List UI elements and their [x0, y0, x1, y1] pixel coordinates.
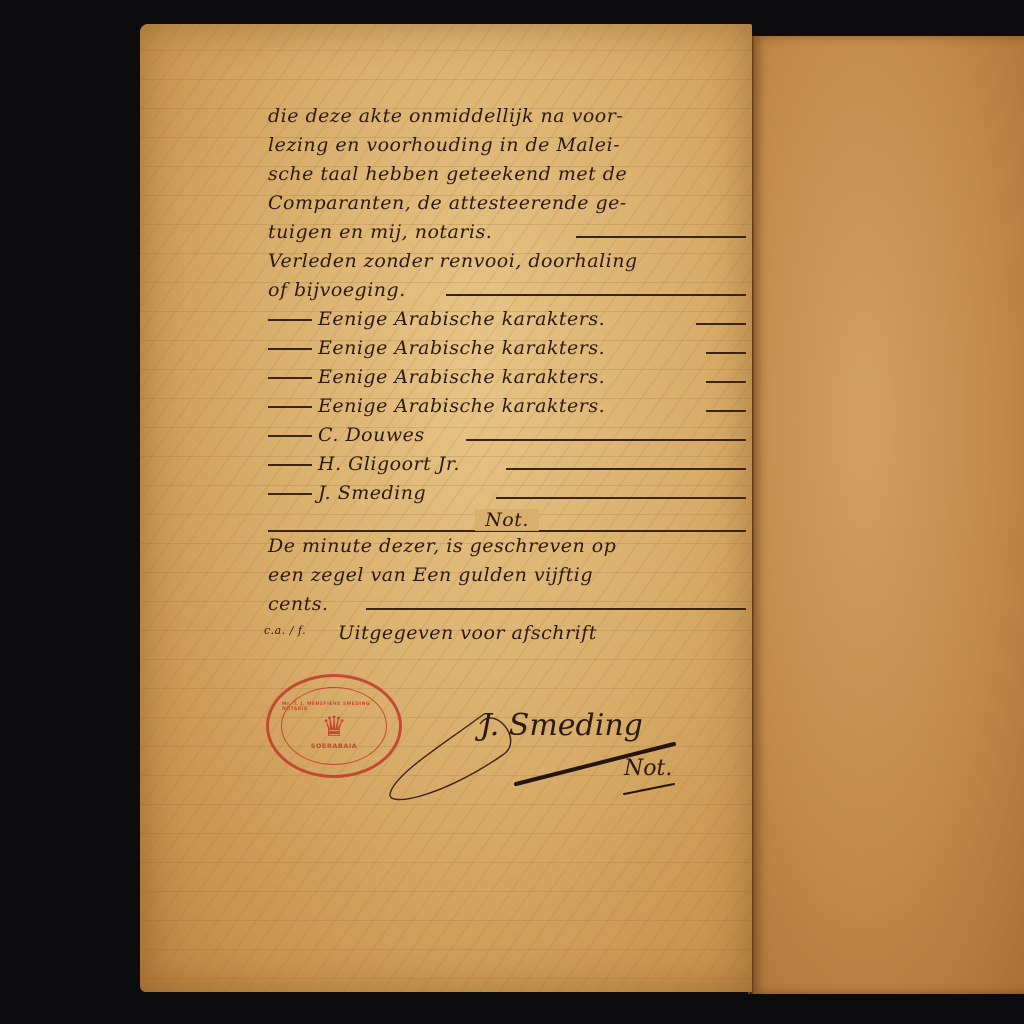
signatory-line: H. Gligoort Jr. — [268, 450, 746, 479]
deed-line: Verleden zonder renvooi, doorhaling — [268, 247, 746, 276]
right-blank-page — [752, 36, 1024, 994]
notary-seal-stamp: Mr. T. J. MENSFIEHS SMEDING NOTARIS ♛ SO… — [266, 674, 402, 778]
issued-line: c.a. / f. Uitgegeven voor afschrift — [268, 619, 746, 648]
issued-text: Uitgegeven voor afschrift — [338, 622, 597, 644]
deed-line: Comparanten, de attesteerende ge- — [268, 189, 746, 218]
deed-line: die deze akte onmiddellijk na voor- — [268, 102, 746, 131]
signatory-line: Eenige Arabische karakters. — [268, 305, 746, 334]
deed-text: die deze akte onmiddellijk na voor- lezi… — [268, 102, 746, 648]
deed-line: of bijvoeging. — [268, 276, 746, 305]
signatory-name: H. Gligoort Jr. — [318, 453, 460, 475]
signatory-line: J. Smeding — [268, 479, 746, 508]
signatory-line: C. Douwes — [268, 421, 746, 450]
seal-bottom-text: SOERABAIA — [311, 742, 358, 750]
note-line: cents. — [268, 590, 746, 619]
signature-title: Not. — [624, 756, 672, 781]
signatory-name: J. Smeding — [318, 482, 426, 504]
signature-name: J. Smeding — [480, 708, 643, 743]
signatory-line: Eenige Arabische karakters. — [268, 334, 746, 363]
margin-note: c.a. / f. — [264, 625, 306, 637]
notary-label: Not. — [475, 509, 539, 531]
dash-rule — [268, 464, 312, 466]
left-manuscript-page: die deze akte onmiddellijk na voor- lezi… — [140, 24, 752, 992]
dash-rule — [268, 377, 312, 379]
dash-rule — [268, 406, 312, 408]
deed-line: lezing en voorhouding in de Malei- — [268, 131, 746, 160]
notary-label-line: Not. — [268, 508, 746, 532]
signatory-line: Eenige Arabische karakters. — [268, 363, 746, 392]
seal-inner: Mr. T. J. MENSFIEHS SMEDING NOTARIS ♛ SO… — [281, 687, 387, 765]
note-line: De minute dezer, is geschreven op — [268, 532, 746, 561]
deed-line: sche taal hebben geteekend met de — [268, 160, 746, 189]
signatory-text: Eenige Arabische karakters. — [318, 395, 605, 417]
dash-rule — [268, 493, 312, 495]
dash-rule — [268, 348, 312, 350]
signatory-text: Eenige Arabische karakters. — [318, 337, 605, 359]
dash-rule — [268, 435, 312, 437]
signatory-name: C. Douwes — [318, 424, 425, 446]
deed-line: tuigen en mij, notaris. — [268, 218, 746, 247]
signatory-line: Eenige Arabische karakters. — [268, 392, 746, 421]
signatory-text: Eenige Arabische karakters. — [318, 308, 605, 330]
signatory-text: Eenige Arabische karakters. — [318, 366, 605, 388]
notary-signature: J. Smeding Not. — [384, 684, 734, 804]
signature-flourish-icon — [384, 684, 734, 804]
open-book: die deze akte onmiddellijk na voor- lezi… — [0, 0, 1024, 1024]
note-line: een zegel van Een gulden vijftig — [268, 561, 746, 590]
coat-of-arms-icon: ♛ — [321, 712, 346, 742]
dash-rule — [268, 319, 312, 321]
